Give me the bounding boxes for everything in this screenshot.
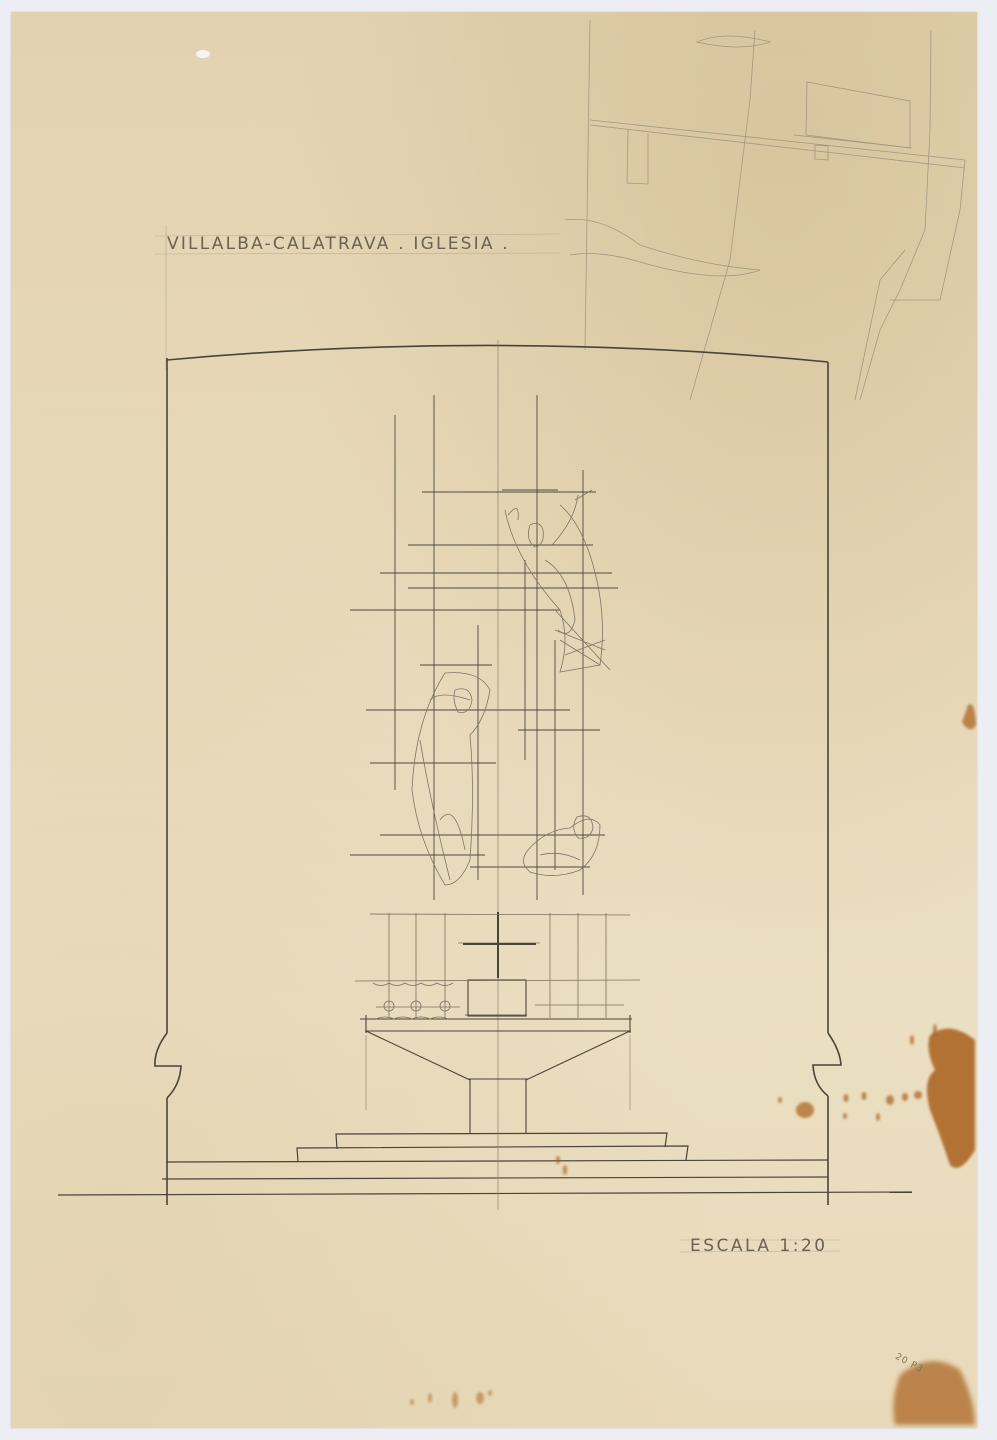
floor-lines bbox=[58, 1133, 912, 1195]
scale-label: ESCALA 1:20 bbox=[690, 1236, 828, 1256]
corner-sketch bbox=[565, 20, 965, 400]
drawing-title: VILLALBA-CALATRAVA . IGLESIA . bbox=[167, 234, 510, 254]
window-grid bbox=[350, 395, 618, 900]
angel-figure bbox=[505, 490, 610, 672]
altar bbox=[360, 912, 632, 1134]
water-stains bbox=[410, 704, 976, 1425]
architectural-drawing bbox=[0, 0, 997, 1440]
